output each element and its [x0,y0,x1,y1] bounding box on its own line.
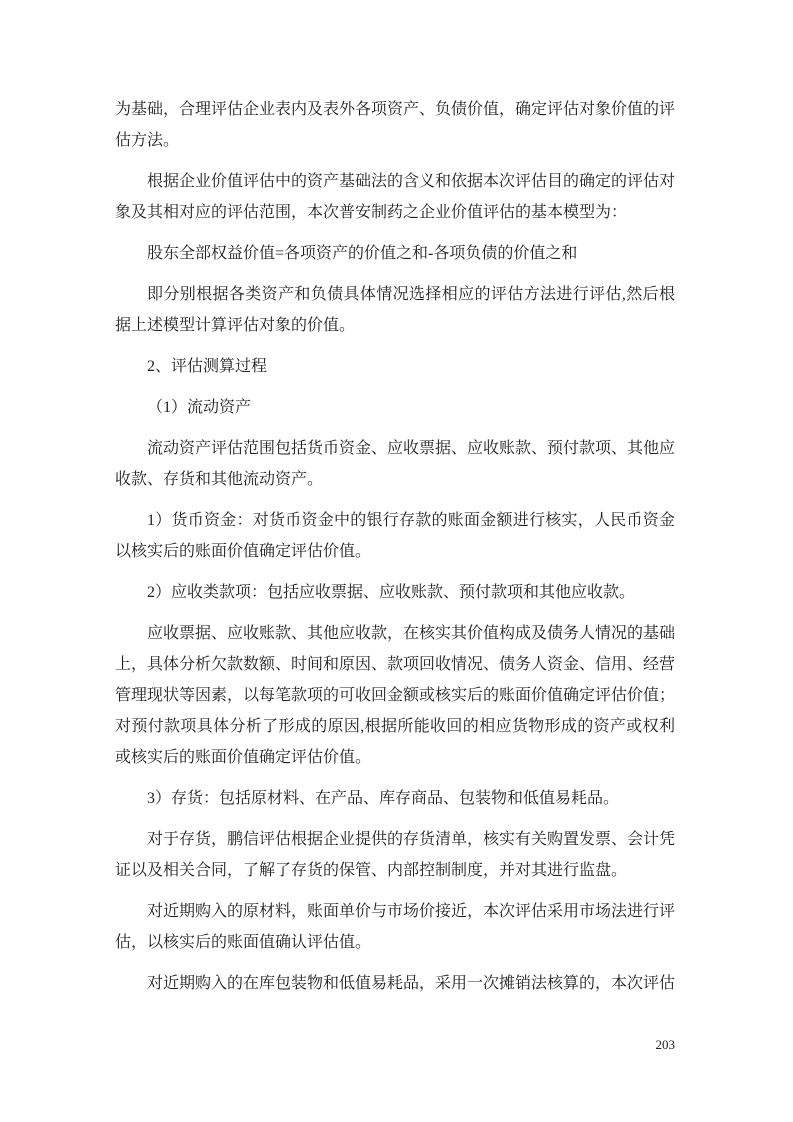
document-page: 为基础，合理评估企业表内及表外各项资产、负债价值，确定评估对象价值的评估方法。根… [0,0,793,1122]
paragraph-10: 应收票据、应收账款、其他应收款，在核实其价值构成及债务人情况的基础上，具体分析欠… [115,618,675,773]
paragraph-2: 根据企业价值评估中的资产基础法的含义和依据本次评估目的确定的评估对象及其相对应的… [115,166,675,228]
paragraph-9: 2）应收类款项：包括应收票据、应收账款、预付款项和其他应收款。 [115,577,675,608]
paragraph-11: 3）存货：包括原材料、在产品、库存商品、包装物和低值易耗品。 [115,783,675,814]
paragraph-8: 1）货币资金：对货币资金中的银行存款的账面金额进行核实，人民币资金以核实后的账面… [115,505,675,567]
paragraph-5: 2、评估测算过程 [115,351,675,382]
paragraph-14: 对近期购入的在库包装物和低值易耗品，采用一次摊销法核算的，本次评估 [115,968,675,999]
paragraph-6: （1）流动资产 [115,392,675,423]
page-number: 203 [115,1037,675,1053]
paragraph-13: 对近期购入的原材料，账面单价与市场价接近，本次评估采用市场法进行评估，以核实后的… [115,896,675,958]
paragraph-7: 流动资产评估范围包括货币资金、应收票据、应收账款、预付款项、其他应收款、存货和其… [115,433,675,495]
paragraph-1: 为基础，合理评估企业表内及表外各项资产、负债价值，确定评估对象价值的评估方法。 [115,94,675,156]
document-body: 为基础，合理评估企业表内及表外各项资产、负债价值，确定评估对象价值的评估方法。根… [115,94,675,1009]
paragraph-12: 对于存货，鹏信评估根据企业提供的存货清单，核实有关购置发票、会计凭证以及相关合同… [115,824,675,886]
paragraph-3: 股东全部权益价值=各项资产的价值之和-各项负债的价值之和 [115,238,675,269]
paragraph-4: 即分别根据各类资产和负债具体情况选择相应的评估方法进行评估,然后根据上述模型计算… [115,279,675,341]
